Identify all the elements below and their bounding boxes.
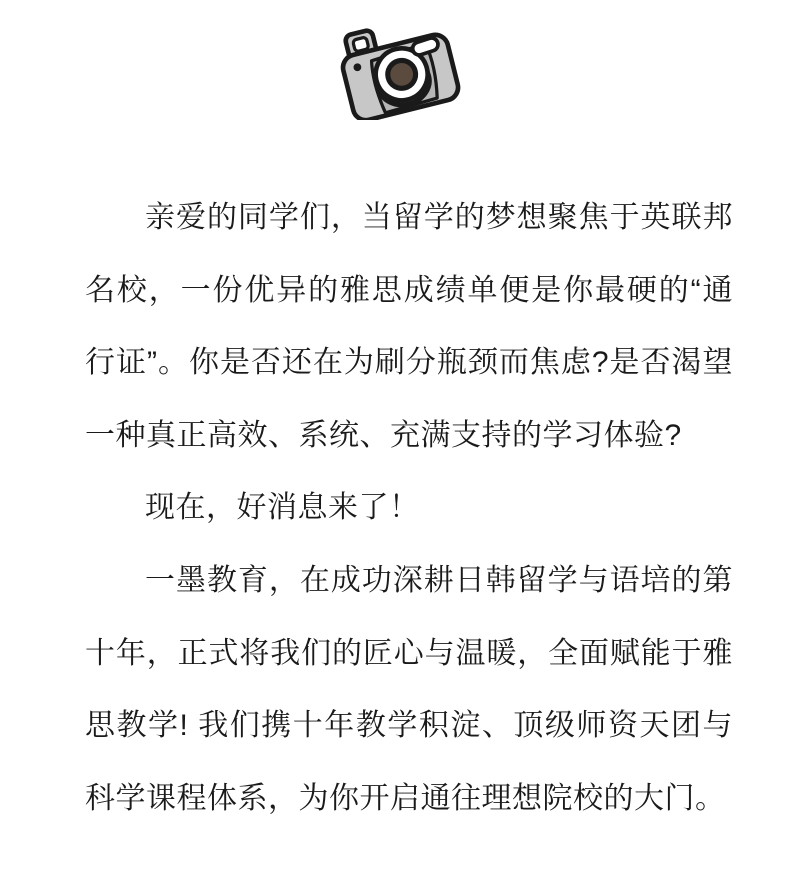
article-body: 亲爱的同学们，当留学的梦想聚焦于英联邦名校，一份优异的雅思成绩单便是你最硬的“通… — [85, 182, 733, 835]
camera-icon — [339, 18, 463, 120]
camera-illustration — [0, 0, 802, 118]
article-page: 亲爱的同学们，当留学的梦想聚焦于英联邦名校，一份优异的雅思成绩单便是你最硬的“通… — [0, 0, 802, 875]
paragraph-good-news: 现在，好消息来了！ — [85, 472, 733, 545]
paragraph-yimo-education: 一墨教育，在成功深耕日韩留学与语培的第十年，正式将我们的匠心与温暖，全面赋能于雅… — [85, 545, 733, 835]
camera-dot — [354, 64, 361, 71]
paragraph-intro: 亲爱的同学们，当留学的梦想聚焦于英联邦名校，一份优异的雅思成绩单便是你最硬的“通… — [85, 182, 733, 472]
